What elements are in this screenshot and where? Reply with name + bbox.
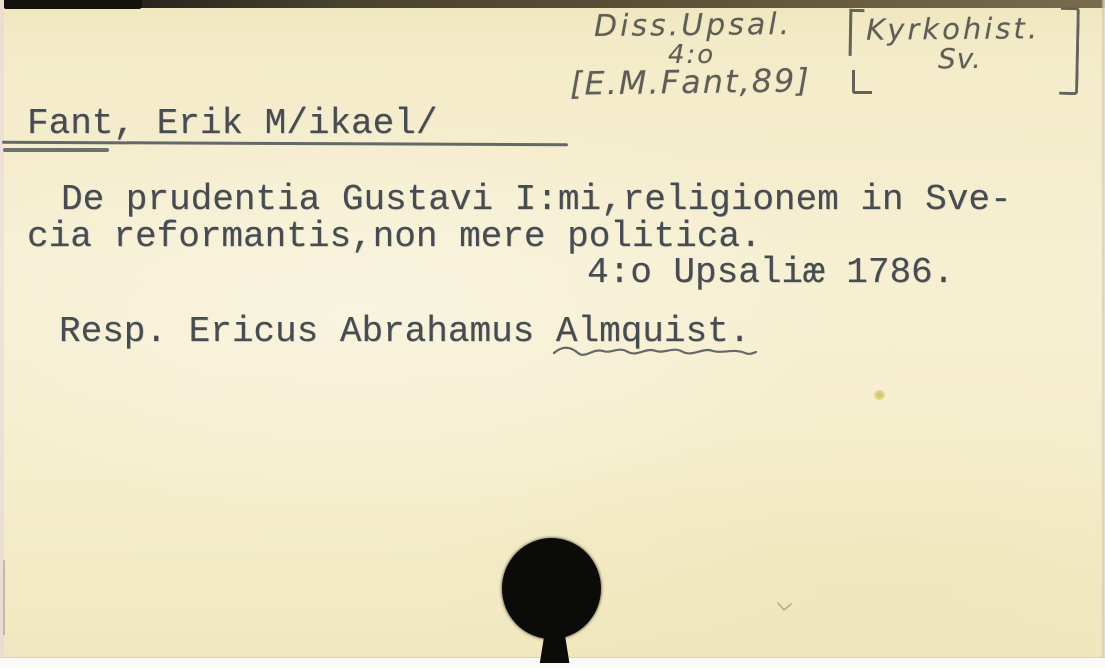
- bracket-left-stroke: [849, 9, 865, 56]
- annotation-sv: Sv.: [938, 42, 982, 75]
- annotation-diss-upsal: Diss.Upsal.: [594, 7, 792, 44]
- imprint-line: 4:o Upsaliæ 1786.: [587, 255, 954, 291]
- left-edge: [0, 0, 4, 657]
- pencil-stray-mark: [776, 600, 794, 613]
- card-surface: Diss.Upsal. 4:o [E.M.Fant,89] Kyrkohist.…: [0, 0, 1105, 657]
- title-line-2: cia reformantis,non mere politica.: [27, 219, 762, 255]
- scanned-catalog-card: Diss.Upsal. 4:o [E.M.Fant,89] Kyrkohist.…: [0, 0, 1105, 668]
- wavy-underline: [552, 344, 758, 360]
- top-edge-shadow: [0, 0, 1105, 8]
- top-edge-dark-band: [4, 0, 142, 9]
- bracket-left-corner: [852, 70, 872, 94]
- surname-underline: [3, 148, 109, 152]
- paper-stain: [874, 390, 885, 400]
- left-edge-scratch: [3, 560, 5, 635]
- bracket-right: [1059, 7, 1080, 95]
- annotation-fant-reference: [E.M.Fant,89]: [570, 61, 811, 102]
- right-edge: [1101, 0, 1105, 657]
- heading-author: Fant, Erik M/ikael/: [27, 106, 437, 142]
- title-line-1: De prudentia Gustavi I:mi,religionem in …: [61, 182, 1012, 218]
- heading-underline: [2, 141, 568, 146]
